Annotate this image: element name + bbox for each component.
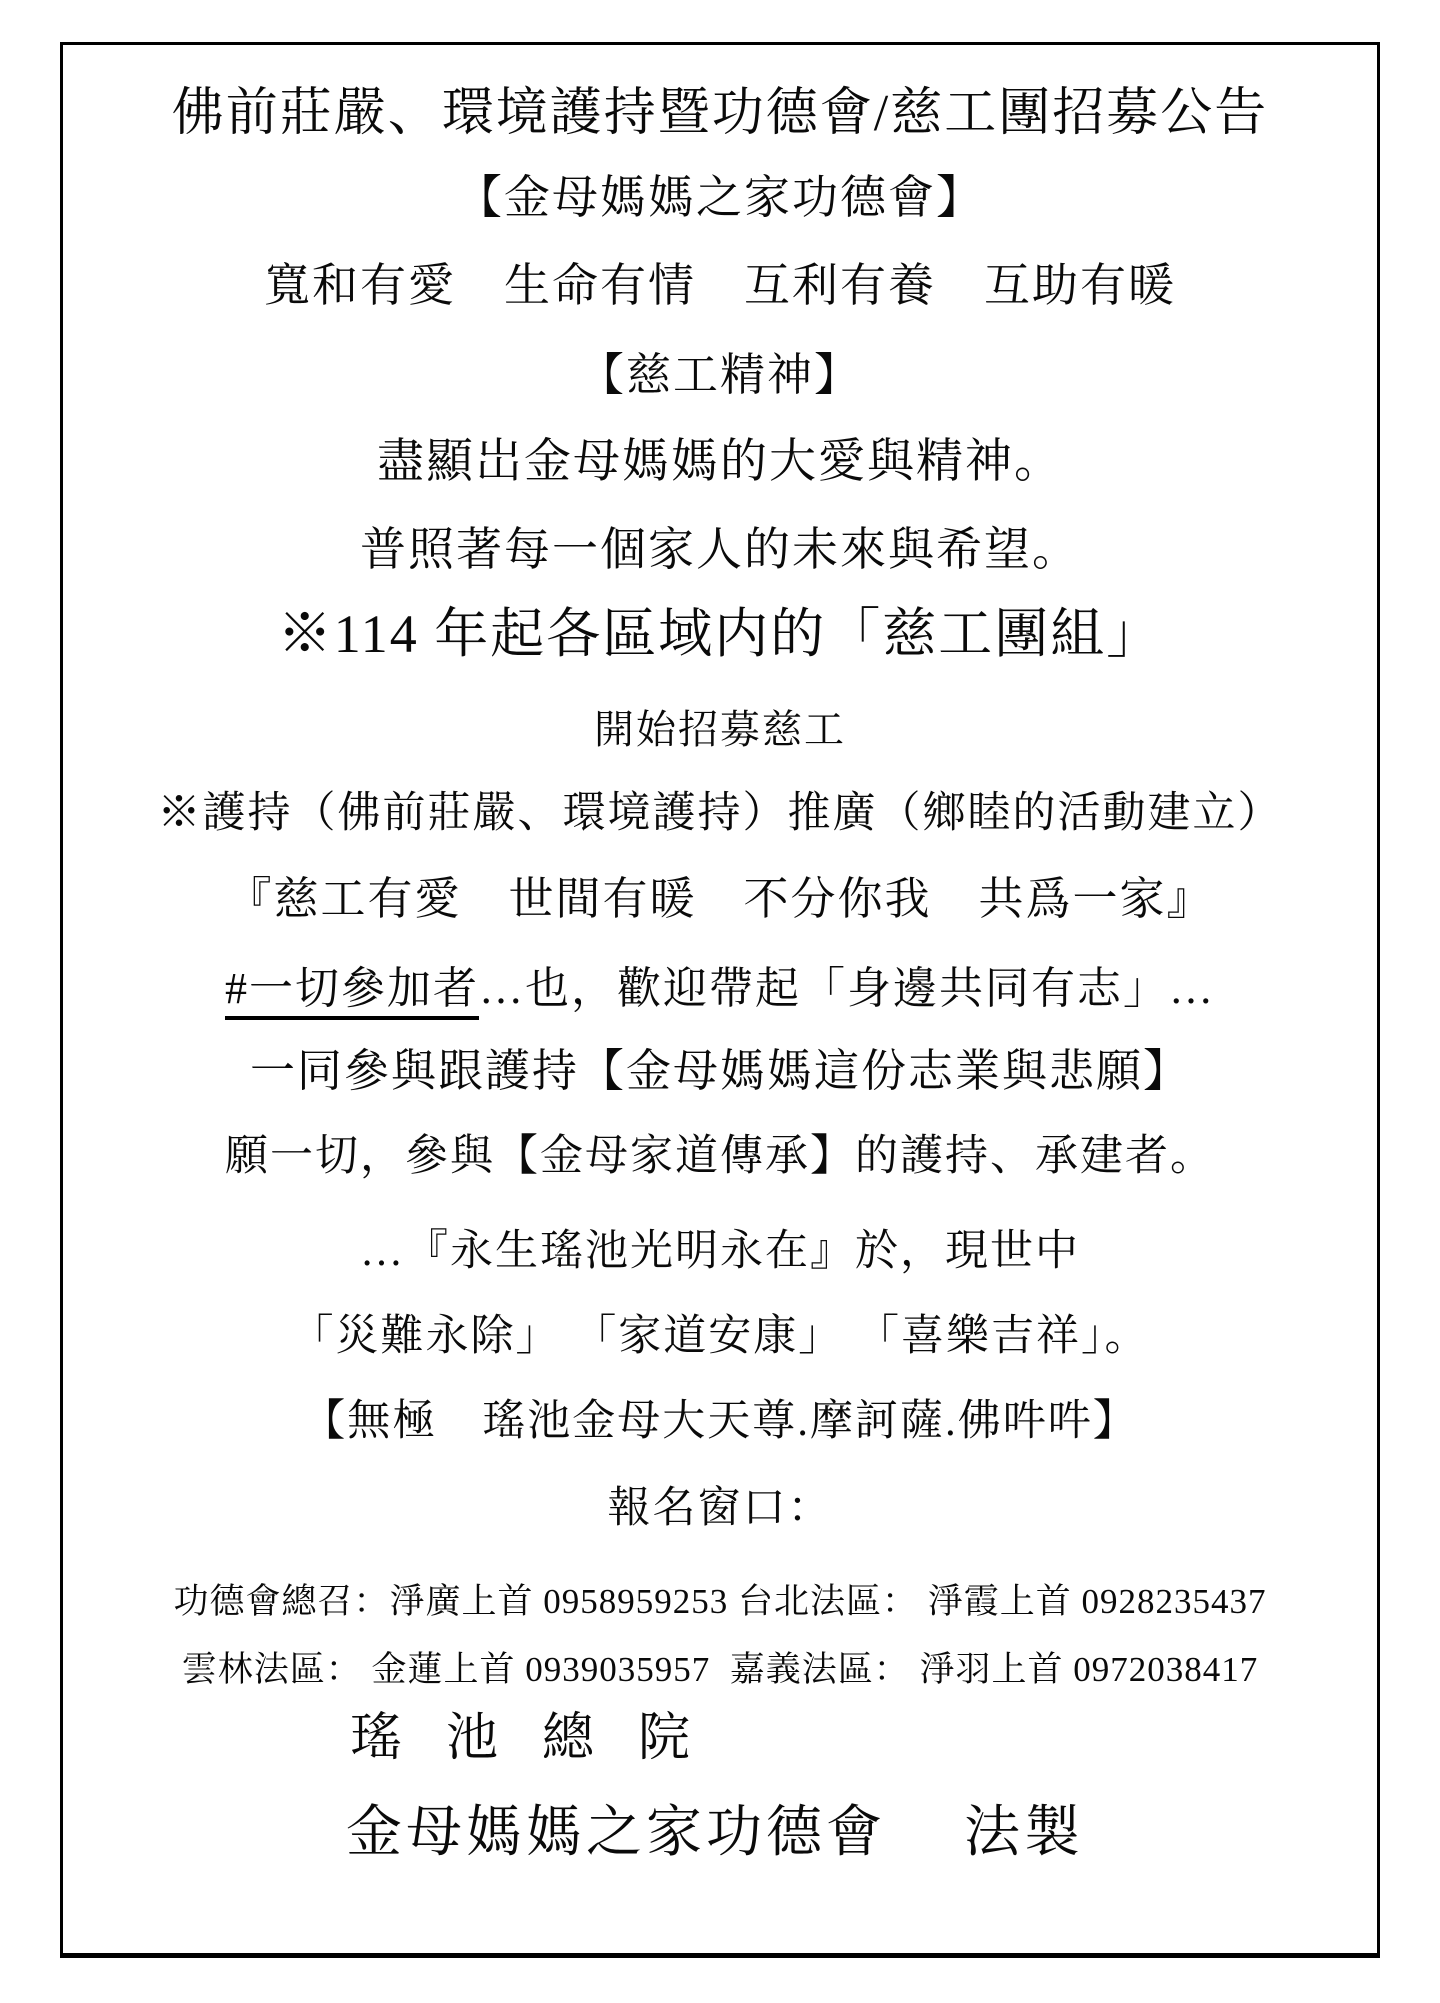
hq-name: 瑤池總院 [63, 1706, 1377, 1771]
motto-line: 寬和有愛 生命有情 互利有養 互助有暖 [63, 257, 1377, 315]
association-name: 【金母媽媽之家功德會】 [63, 169, 1377, 227]
contact-line-1: 功德會總召：淨廣上首 0958959253 台北法區： 淨霞上首 0928235… [63, 1580, 1377, 1624]
join-support-line: 一同參與跟護持【金母媽媽這份志業與悲願】 [63, 1043, 1377, 1099]
deity-line: 【無極 瑤池金母大天尊.摩訶薩.佛吽吽】 [63, 1395, 1377, 1449]
spirit-line-2: 普照著每一個家人的未來與希望。 [63, 521, 1377, 579]
contact-line-2: 雲林法區： 金蓮上首 0939035957 嘉義法區： 淨羽上首 0972038… [63, 1648, 1377, 1692]
recruit-year-line: ※114 年起各區域内的「慈工團組」 [63, 601, 1377, 669]
spirit-heading: 【慈工精神】 [63, 347, 1377, 403]
signup-heading: 報名窗口： [63, 1482, 1377, 1536]
support-promo-line: ※護持（佛前莊嚴、環境護持）推廣（鄉睦的活動建立） [63, 787, 1377, 841]
participants-line: #一切參加者…也，歡迎帶起「身邊共同有志」… [63, 961, 1377, 1016]
footer-publisher: 金母媽媽之家功德會 法製 [63, 1798, 1377, 1868]
slogan-line: 『慈工有愛 世間有暖 不分你我 共爲一家』 [63, 871, 1377, 927]
announcement-page: 佛前莊嚴、環境護持暨功德會/慈工團招募公告 【金母媽媽之家功德會】 寬和有愛 生… [0, 0, 1440, 2003]
document-sheet: 佛前莊嚴、環境護持暨功德會/慈工團招募公告 【金母媽媽之家功德會】 寬和有愛 生… [60, 42, 1380, 1958]
participants-rest-text: …也，歡迎帶起「身邊共同有志」… [479, 964, 1215, 1013]
recruit-start-line: 開始招募慈工 [63, 705, 1377, 755]
eternal-line: …『永生瑤池光明永在』於，現世中 [63, 1225, 1377, 1279]
announcement-title: 佛前莊嚴、環境護持暨功德會/慈工團招募公告 [63, 81, 1377, 146]
spirit-line-1: 盡顯岀金母媽媽的大愛與精神。 [63, 433, 1377, 492]
blessings-line: 「災難永除」 「家道安康」 「喜樂吉祥」。 [63, 1310, 1377, 1364]
wish-line: 願一切，參與【金母家道傳承】的護持、承建者。 [63, 1130, 1377, 1184]
participants-underlined-text: #一切參加者 [225, 964, 479, 1020]
